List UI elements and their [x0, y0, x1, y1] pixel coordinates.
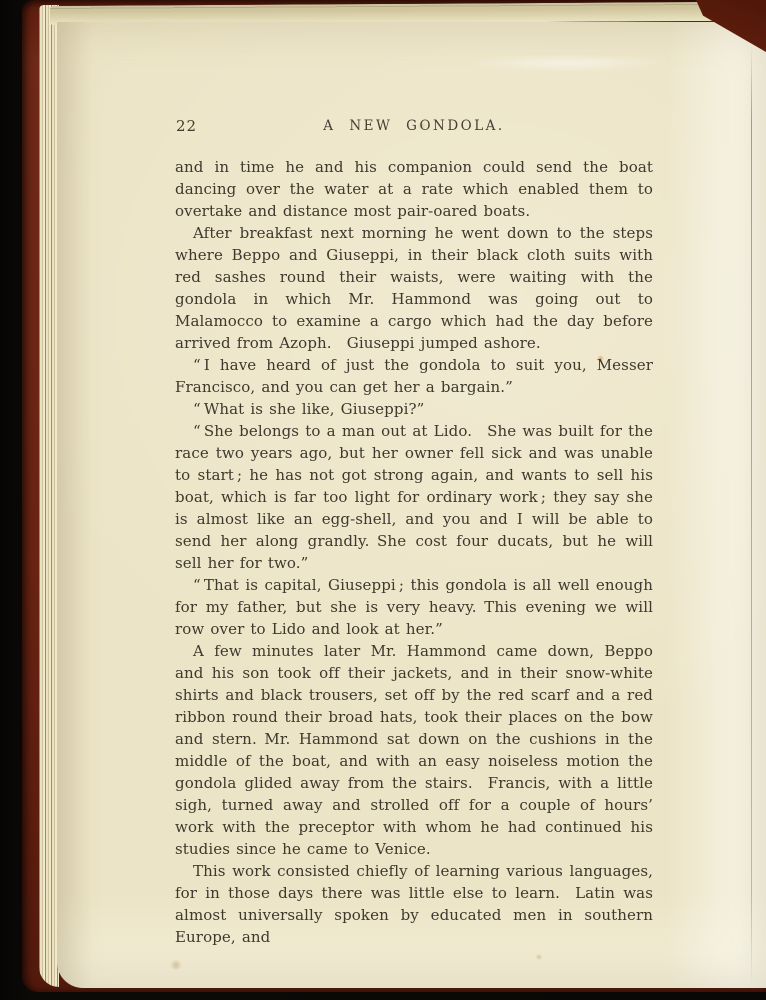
- paragraph: After breakfast next morning he went dow…: [175, 222, 653, 354]
- paragraph: “ That is capital, Giuseppi ; this gondo…: [175, 574, 653, 640]
- paragraph: “ She belongs to a man out at Lido. She …: [175, 420, 653, 574]
- page-header: 22 A NEW GONDOLA.: [175, 116, 653, 138]
- paragraph: A few minutes later Mr. Hammond came dow…: [175, 640, 653, 860]
- running-title: A NEW GONDOLA.: [175, 118, 653, 134]
- page-light-streak: [417, 50, 717, 76]
- page-gutter-shadow: [751, 46, 752, 988]
- book-scan-scene: 22 A NEW GONDOLA. and in time he and his…: [0, 0, 766, 1000]
- foxing-spot: [535, 954, 543, 960]
- paragraph: This work consisted chiefly of learning …: [175, 860, 653, 948]
- paragraph: “ I have heard of just the gondola to su…: [175, 354, 653, 398]
- book-page: 22 A NEW GONDOLA. and in time he and his…: [57, 22, 766, 988]
- page-stack-edge-left: [39, 5, 59, 987]
- paragraph: and in time he and his companion could s…: [175, 156, 653, 222]
- paragraph: “ What is she like, Giuseppi?”: [175, 398, 653, 420]
- body-text: and in time he and his companion could s…: [175, 156, 653, 948]
- foxing-spot: [169, 960, 183, 970]
